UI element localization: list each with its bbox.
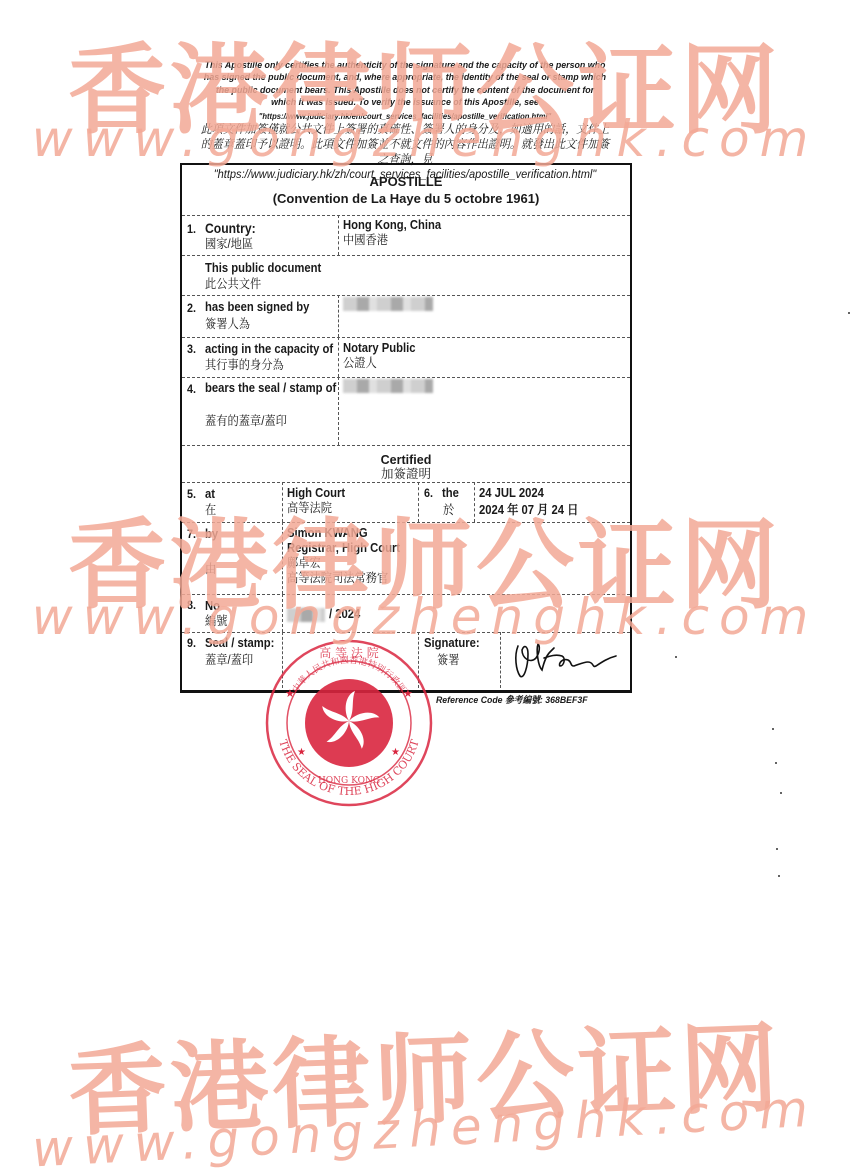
reference-code: Reference Code 參考編號: 368BEF3F (436, 692, 588, 706)
seal-inner-text: HONG KONG (318, 776, 380, 786)
apostille-title: APOSTILLE (182, 174, 630, 189)
date-label-zh: 於 (443, 503, 454, 518)
field-number: 2. (187, 301, 196, 316)
country-value-en: Hong Kong, China (343, 218, 601, 233)
date-label-en: the (442, 486, 459, 501)
seal-top-text: 高 等 法 院 (319, 645, 378, 660)
public-document-label-en: This public document (205, 261, 321, 276)
field-signed-by: 2. has been signed by 簽署人為 (182, 295, 630, 338)
field-at-date: 5. at 在 High Court 高等法院 6. the 於 24 JUL … (182, 482, 630, 523)
signed-by-label-en: has been signed by (205, 300, 309, 315)
by-name-zh: 鄺卓宏 (287, 556, 596, 571)
field-number: 9. (187, 636, 196, 651)
by-name-en: Simon KWANG (287, 526, 596, 541)
seal-star-icon: ★ (403, 688, 413, 700)
field-number: 6. (424, 486, 433, 501)
apostille-subtitle: (Convention de La Haye du 5 octobre 1961… (182, 191, 630, 206)
apostille-header: APOSTILLE (Convention de La Haye du 5 oc… (182, 165, 630, 216)
scan-speck (776, 848, 778, 850)
scan-speck (675, 656, 677, 658)
field-seal-of: 4. bears the seal / stamp of 蓋有的蓋章/蓋印 (182, 377, 630, 446)
field-public-document: This public document 此公共文件 (182, 255, 630, 296)
apostille-form: APOSTILLE (Convention de La Haye du 5 oc… (180, 163, 632, 693)
scan-speck (778, 875, 780, 877)
handwritten-signature (510, 636, 620, 684)
capacity-label-en: acting in the capacity of (205, 342, 333, 357)
seal-star-icon: ★ (285, 688, 295, 700)
scan-speck (780, 792, 782, 794)
notice-en-line: has signed the public document, and, whe… (198, 72, 612, 84)
no-label-zh: 編號 (205, 614, 228, 629)
field-number: 7. (187, 527, 196, 542)
redacted-signer-name (343, 297, 433, 311)
capacity-value-zh: 公證人 (343, 356, 601, 371)
at-value-en: High Court (287, 486, 405, 501)
at-label-en: at (205, 487, 215, 502)
notice-en-line: the public document bears. This Apostill… (198, 85, 612, 97)
certified-header: Certified 加簽證明 (182, 445, 630, 483)
notice-zh-line: 的蓋章蓋印予以證明。此項文件加簽並不就文件的內容作出證明。就發出此文件加簽 (198, 137, 612, 152)
scan-speck (772, 728, 774, 730)
country-value-zh: 中國香港 (343, 233, 601, 248)
signature-label-zh: 簽署 (437, 653, 460, 668)
high-court-seal: 中華人民共和國香港特別行政區 THE SEAL OF THE HIGH COUR… (263, 637, 435, 809)
at-label-zh: 在 (205, 503, 216, 518)
reference-code-label: Reference Code 參考編號: (436, 695, 543, 706)
field-number: 4. (187, 382, 196, 397)
watermark-url: www.gongzhenghk.com (0, 1078, 850, 1173)
capacity-value-en: Notary Public (343, 341, 601, 356)
no-label-en: No (205, 599, 220, 614)
seal-star-icon: ★ (297, 747, 306, 758)
scan-speck (775, 762, 777, 764)
certified-label-zh: 加簽證明 (182, 467, 630, 482)
by-label-en: by (205, 527, 218, 542)
at-value-zh: 高等法院 (287, 501, 405, 516)
date-value-en: 24 JUL 2024 (479, 486, 615, 501)
notice-en-url: "https://www.judiciary.hk/en/court_servi… (198, 110, 612, 122)
by-label-zh: 由 (205, 562, 216, 577)
certified-label-en: Certified (182, 453, 630, 468)
notice-zh-line: 此項文件加簽僅就公共文件上簽署的真確性、簽署人的身分及，如適用的話，文件上 (198, 122, 612, 137)
seal-label-zh: 蓋章/蓋印 (205, 653, 253, 668)
capacity-label-zh: 其行事的身分為 (205, 358, 284, 373)
by-title-en: Registrar, High Court (287, 541, 596, 556)
by-title-zh: 高等法院司法常務官 (287, 571, 596, 586)
seal-of-label-zh: 蓋有的蓋章/蓋印 (205, 414, 287, 429)
seal-star-icon: ★ (391, 747, 400, 758)
field-number: 3. (187, 342, 196, 357)
no-value-suffix: / 2024 (329, 607, 360, 622)
public-document-label-zh: 此公共文件 (205, 277, 261, 292)
redacted-seal-of (343, 379, 433, 393)
watermark-cn: 香港律师公证网 (0, 987, 850, 1158)
field-country: 1. Country: 國家/地區 Hong Kong, China 中國香港 (182, 215, 630, 256)
field-capacity: 3. acting in the capacity of 其行事的身分為 Not… (182, 337, 630, 378)
date-value-zh: 2024 年 07 月 24 日 (479, 503, 615, 518)
field-by: 7. by 由 Simon KWANG Registrar, High Cour… (182, 522, 630, 595)
field-number: 8. (187, 598, 196, 613)
field-no: 8. No 編號 / 2024 (182, 594, 630, 633)
reference-code-value: 368BEF3F (545, 695, 587, 706)
field-number: 1. (187, 222, 196, 237)
notice-en-line: which it was issued. To verify the issua… (198, 97, 612, 109)
notice-en-line: This Apostille only certifies the authen… (198, 60, 612, 72)
signed-by-label-zh: 簽署人為 (205, 317, 250, 332)
redacted-number (287, 608, 325, 622)
field-number: 5. (187, 487, 196, 502)
country-label-en: Country: (205, 221, 256, 236)
country-label-zh: 國家/地區 (205, 237, 253, 252)
seal-of-label-en: bears the seal / stamp of (205, 381, 336, 396)
